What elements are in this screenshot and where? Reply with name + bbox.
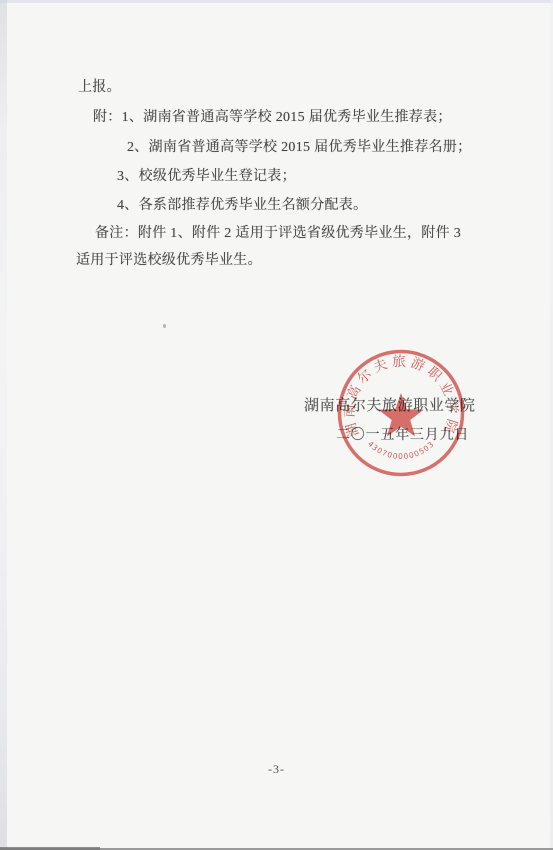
scanned-document-page: 上报。 附：1、湖南省普通高等学校 2015 届优秀毕业生推荐表； 2、湖南省普… bbox=[0, 0, 553, 850]
seal-star-icon bbox=[378, 393, 424, 436]
seal-serial-number: 4307000000503 bbox=[366, 439, 436, 461]
page-number: -3- bbox=[0, 762, 553, 777]
attachment-item-3: 3、校级优秀毕业生登记表； bbox=[117, 168, 296, 186]
scan-edge-left bbox=[0, 0, 7, 850]
body-line-shangbao: 上报。 bbox=[78, 79, 121, 97]
attachment-item-1: 附：1、湖南省普通高等学校 2015 届优秀毕业生推荐表； bbox=[93, 109, 452, 127]
scan-edge-top bbox=[0, 0, 553, 3]
remark-line-2: 适用于评选校级优秀毕业生。 bbox=[76, 252, 262, 270]
scan-speck bbox=[163, 324, 166, 328]
attachment-item-2: 2、湖南省普通高等学校 2015 届优秀毕业生推荐名册； bbox=[127, 139, 471, 157]
official-seal: 湖南高尔夫旅游职业学院 4307000000503 bbox=[331, 343, 471, 483]
remark-line-1: 备注：附件 1、附件 2 适用于评选省级优秀毕业生，附件 3 bbox=[95, 225, 461, 243]
attachment-item-4: 4、各系部推荐优秀毕业生名额分配表。 bbox=[117, 197, 367, 215]
